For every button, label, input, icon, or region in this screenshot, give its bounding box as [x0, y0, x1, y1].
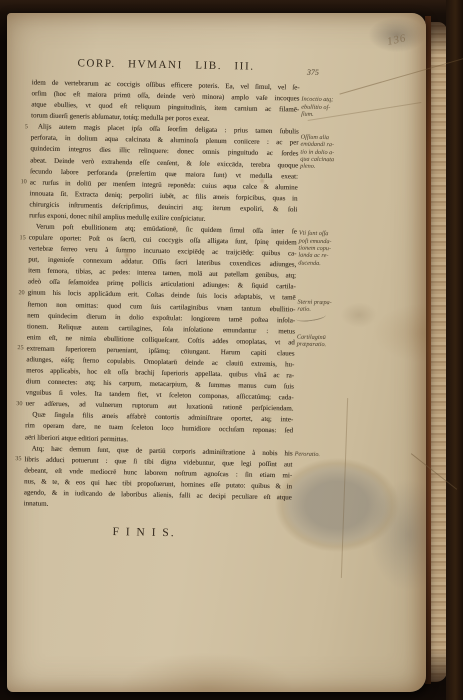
- margin-line-number: 20: [11, 289, 25, 296]
- book-cover: [446, 0, 463, 700]
- running-header: CORP. HVMANI LIB. III.: [32, 56, 300, 73]
- margin-line-number: 10: [13, 178, 27, 185]
- page-number: 375: [307, 68, 319, 77]
- finis-colophon: F I N I S.: [10, 524, 278, 541]
- margin-line-number: 35: [7, 455, 21, 462]
- book-photo: 136 CORP. HVMANI LIB. III. 375 idem de v…: [0, 0, 463, 700]
- margin-line-number: 5: [14, 123, 28, 130]
- margin-note: Sterni præpa- ratio.: [297, 299, 343, 314]
- book-page: 136 CORP. HVMANI LIB. III. 375 idem de v…: [7, 13, 426, 692]
- fore-edge-page-stack: [431, 22, 447, 682]
- margin-note: Vti ſunt oſſa poſt emunda- tionem copu- …: [298, 230, 345, 267]
- margin-note: Peroratio.: [295, 450, 341, 458]
- margin-line-number: 15: [12, 234, 26, 241]
- body-text: idem de vertebrarum ac coccigis oſſibus …: [24, 77, 300, 514]
- margin-note: Cartilaginū præparatio.: [297, 333, 343, 348]
- margin-line-number: 25: [10, 344, 24, 351]
- margin-note: Incoctio atq; ebullitio oſ- ſium.: [301, 96, 347, 119]
- margin-note: Oſſium alia emūdandi ra- tio in dolio a-…: [300, 134, 347, 171]
- printed-content: CORP. HVMANI LIB. III. 375 idem de verte…: [0, 10, 427, 697]
- margin-line-number: 30: [8, 400, 22, 407]
